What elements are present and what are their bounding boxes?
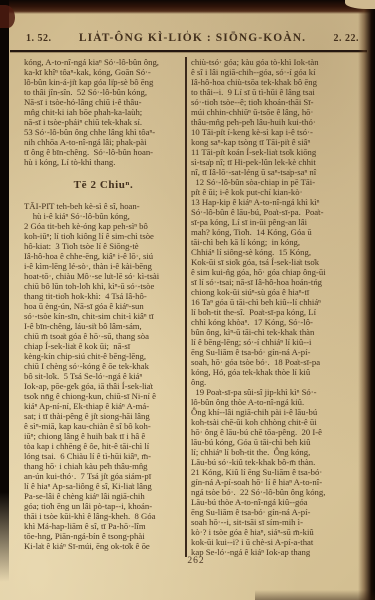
text-line: 13 Hap-kip ê kiáⁿ A-to-nî-ngá khì kìⁿ — [191, 197, 368, 207]
text-line: mah? kóng, Tio̍h. 14 Kóng, Góa ū — [191, 227, 368, 237]
text-line: gín-ná A-pí-soah hō· lí ê hiaⁿ A-to-nî- — [191, 477, 368, 487]
text-line: lí bo̍h-tit the-sî. Poa̍t-sī-pa kóng, Lí — [191, 307, 368, 317]
text-line: lô-bûn kin-á-ji̍t kap góa li̍p-sè bô ēng — [24, 77, 183, 87]
text-line: soah, hō· góa tsòe bó·. 18 Poa̍t-sī-pa — [191, 357, 368, 367]
header-verse-ref-left: 1. 52. — [26, 33, 52, 44]
text-line: iūⁿ; chiong lâng ê huih bak tī i hâ ê — [24, 431, 183, 441]
header-rule — [10, 50, 367, 52]
text-line: lí; chhiáⁿ lí bo̍h-tit the. Ông kóng, — [191, 447, 368, 457]
text-line: to thâi--i. 9 Lí sī ū tì-hūi ê lâng tsai — [191, 87, 368, 97]
paragraph-chapter1-end: kóng, A-to-nî-ngá kiaⁿ Só·-lô-bûn ông,ka… — [24, 57, 183, 167]
text-line: Iâ-hô-hoa ê chhe-ēng, kiâⁿ i-ê lō·, siú — [24, 251, 183, 261]
text-line: sī lí só·-tsai; nā-sī Iâ-hô-hoa hoán-tńg — [191, 277, 368, 287]
text-line: ēng Su-liām ê tsa-bó· gín-ná A-pí- — [191, 347, 368, 357]
text-line: hoa ū èng-ún, Nā-sī góa ê kiáⁿ-sun — [24, 301, 183, 311]
text-line: tī ông ê bīn-chêng. Só·-lô-bûn hoan- — [24, 147, 183, 157]
text-line: 19 Poa̍t-sī-pa sûi-sî jip-khì kìⁿ Só·- — [191, 387, 368, 397]
text-line: hù i-ê kiáⁿ Só·-lô-bûn kóng, — [24, 211, 183, 221]
text-line: Chhiáⁿ lí siông-sè kóng. 15 Kóng, — [191, 247, 368, 257]
text-line: 53 Só·-lô-bûn ông chhe lâng khì tôaⁿ- — [24, 127, 183, 137]
text-line: lāu-bú kóng, Góa ū tāi-chì beh kiû — [191, 437, 368, 447]
text-line: mn̂g chit-ki iah bōe phah-ka-laùh; — [24, 107, 183, 117]
text-line: koh-tsài chē-ūi koh chhòng chit-ê ūi — [191, 417, 368, 427]
text-line: lô-bûn ông thòe A-to-nî-ngá kiû. — [191, 397, 368, 407]
text-line: thâu-mn̂g pe̍h-pe̍h lâu-huih kui-thó· — [191, 117, 368, 127]
text-line: nih chhōa A-to-nî-ngá lâi; phak-pài — [24, 137, 183, 147]
text-line: chiū bô lūn toh-lo̍h khì, kìⁿ-ū só·-tsòe — [24, 281, 183, 291]
text-line: nā-sī i tsòe-pháiⁿ chiū tek-khak sí. — [24, 117, 183, 127]
column-divider — [185, 57, 187, 557]
text-line: sat; i tī thài-pêng ê ji̍t siong-hāi lân… — [24, 411, 183, 421]
text-line: chiong kok-ūi siúⁿ-sù góa ê hiaⁿ-tī — [191, 287, 368, 297]
text-line: tso̍k nn̄g ê chiong-kun, chiū-sī Ni-ní ê — [24, 391, 183, 401]
page-header: 1. 52. LIA̍T-ÔNG KÌ-LIO̍K : SIŌNG-KOÀN. … — [26, 32, 359, 44]
text-line: chiap Í-sek-lia̍t ê kok ūi; nā-sī — [24, 341, 183, 351]
scan-edge-right — [358, 0, 375, 600]
paragraph-chapter2: TĀI-PI̍T teh-beh kè-sì ê sî, hoan- hù i-… — [24, 201, 183, 551]
text-line: tāi-chì beh kā lí kóng; in kóng, — [191, 237, 368, 247]
text-line: Lāu-bú só·-kiû tek-khak bô-m̄ thàn. — [191, 457, 368, 467]
text-line: tōe-hng, Piān-ngá-bín ê tsong-phài — [24, 531, 183, 541]
text-line: 2 Góa tit-beh kè-óng kap peh-sìⁿ bô — [24, 221, 183, 231]
text-line: Só·-lô-bûn ê lāu-bú, Poa̍t-sī-pa. Poa̍t- — [191, 207, 368, 217]
paragraph-right: chiù-tsó· góa; kàu góa tò-khì Iok-tànê s… — [191, 57, 368, 557]
text-line: kong saⁿ-kap tsòng tī Tāi-pi̍t ê siâⁿ — [191, 137, 368, 147]
text-line: hō· ông ê lāu-bú chē tōa-pêng. 20 I-ê — [191, 427, 368, 437]
page-number: 262 — [24, 556, 368, 566]
text-line: chiū m̄ tsoa̍t góa ê hō·-sū, thang sòa — [24, 331, 183, 341]
text-line: chhì kóng khòaⁿ. 17 Kóng, Só·-lô- — [191, 317, 368, 327]
text-line: sì-tsa̍p nî; tī Hi-pek-lûn lek-kè chhit — [191, 157, 368, 167]
text-line: lí ê hiaⁿ Ap-sa-liông ê sî, Ki-lia̍t lân… — [24, 481, 183, 491]
text-line: ê sìⁿ-miā, kap kau-chiàn ê sî bô koh- — [24, 421, 183, 431]
text-line: hô-kiat: 3 Tio̍h tsòe lí ê Siōng-tè — [24, 241, 183, 251]
text-line: lóng tsai. 6 Chiàu lí ê tì-hūi kiâⁿ, m̄- — [24, 451, 183, 461]
scan-edge-left — [0, 0, 9, 600]
text-line: an-ún kui-thó·. 7 Tsá ji̍t góa siám-pī — [24, 471, 183, 481]
text-line: thang tit-tio̍h hok-khì: 4 Tsá Iâ-hô- — [24, 291, 183, 301]
text-line: khì Má-hap-liām ê sî, tī Pa-hō·-lîm — [24, 521, 183, 531]
text-line: hoat-tō·, chiàu Mô·-se lu̍t-lē só· kì-ts… — [24, 271, 183, 281]
text-line: só·-tio̍h tsòe--ê; tio̍h khoán-thāi Sī- — [191, 97, 368, 107]
scan-edge-top — [0, 0, 375, 14]
text-line: Iâ-hô-hoa chiù-tsōa tek-khak bô ēng — [191, 77, 368, 87]
text-line: Lāu-bú thòe A-to-nî-ngá kiû--góa — [191, 497, 368, 507]
text-line: Nā-sī i tsòe-hó-lâng chiū i-ê thâu- — [24, 97, 183, 107]
text-line: ông. — [191, 377, 368, 387]
text-line: chiū I chèng só·-kóng ê ōe tek-khak — [24, 361, 183, 371]
text-line: hù i kóng, Lí tò-khì thang. — [24, 157, 183, 167]
text-line: 12 Só·-lô-bûn sòa-chiap in pē Tāi- — [191, 177, 368, 187]
text-line: thang hō· i chiah kàu pe̍h thâu-mn̂g — [24, 461, 183, 471]
text-line: I-ê bīn-chêng, láu-si̍t bô lâm-sám, — [24, 321, 183, 331]
text-line: tòa kap i chhēng ê ôe, hit-ê tāi-chì lí — [24, 441, 183, 451]
text-line: ka-kī khîⁿ tôaⁿ-kak, kóng, Goān Só·- — [24, 67, 183, 77]
text-line: chiù-tsó· góa; kàu góa tò-khì Iok-tàn — [191, 57, 368, 67]
header-verse-ref-right: 2. 22. — [334, 33, 360, 44]
text-line: kiáⁿ Ap-ní-ní, Ek-thiap ê kiáⁿ A-má- — [24, 401, 183, 411]
left-column: kóng, A-to-nî-ngá kiaⁿ Só·-lô-bûn ông,ka… — [24, 57, 183, 557]
text-line: ê sim kui-n̂g góa, hō· góa chiap ông-ūi — [191, 267, 368, 277]
text-line: Ki-la̍t ê kiáⁿ Sī-múi, ēng ok-to̍k ê ōe — [24, 541, 183, 551]
text-line: kok-ūi kui--i? i ū chè-si A-pí-a-that — [191, 537, 368, 547]
text-line: ngá tsòe bó·. 22 Só·-lô-bûn ông kóng, — [191, 487, 368, 497]
text-line: TĀI-PI̍T teh-beh kè-sì ê sî, hoan- — [24, 201, 183, 211]
text-line: lí ê bēng-lēng; só·-í chhiáⁿ lí kiû--i — [191, 337, 368, 347]
text-line: pi̍t ê ūi; i-ê kok put-chí kian-kò· — [191, 187, 368, 197]
text-line: kò·? i tsòe góa ê hiaⁿ, siáⁿ-sū m̄-kiû — [191, 527, 368, 537]
running-title: LIA̍T-ÔNG KÌ-LIO̍K : SIŌNG-KOÀN. — [79, 32, 306, 44]
text-line: múi chhin-chhiūⁿ ū-tsōe ê lâng, hō· — [191, 107, 368, 117]
text-line: 10 Tāi-pi̍t í-keng kè-sì kap i-ê tsó·- — [191, 127, 368, 137]
text-line: kóng, A-to-nî-ngá kiaⁿ Só·-lô-bûn ông, — [24, 57, 183, 67]
chapter-heading: Tē 2 Chiuⁿ. — [24, 179, 183, 191]
text-line: sī-pa kóng, Lí sī in-ūi pêng-an lâi — [191, 217, 368, 227]
text-line: ēng Su-liām ê tsa-bó· gín-ná A-pí- — [191, 507, 368, 517]
text-line: kóng, Hó, góa tek-khak thòe lí kiû — [191, 367, 368, 377]
text-line: bô sit-lo̍k. 5 Tsá Se-ló·-ngá ê kiáⁿ — [24, 371, 183, 381]
text-line: Iok-ap, pōe-ge̍k góa, iā thâi Í-sek-lia̍… — [24, 381, 183, 391]
text-line: Ông khí--lâi ngiā-chih pài i-ê lāu-bú — [191, 407, 368, 417]
text-line: bûn ông, kìⁿ-ū tāi-chì tek-khak thàn — [191, 327, 368, 337]
text-line: 11 Tāi-pi̍t koán Í-sek-lia̍t tso̍k kiōng — [191, 147, 368, 157]
text-line: 16 Taⁿ góa ū tāi-chì beh kiû--lí chhiáⁿ — [191, 297, 368, 307]
text-line: góa; tio̍h ēng un lâi pò-tap--i, khoán- — [24, 501, 183, 511]
right-column: chiù-tsó· góa; kàu góa tò-khì Iok-tànê s… — [191, 57, 368, 557]
text-line: nî, tī Iâ-lō·-sat-léng ū saⁿ-tsa̍p-saⁿ n… — [191, 167, 368, 177]
book-page: 1. 52. LIA̍T-ÔNG KÌ-LIO̍K : SIŌNG-KOÀN. … — [0, 0, 375, 600]
scan-edge-bottom-right — [255, 590, 375, 600]
text-line: só·-tsòe kín-sīn, chit-sim chit-ì kiâⁿ t… — [24, 311, 183, 321]
text-line: koh-iūⁿ; lí tio̍h kiông lí ê sim-chì tsò… — [24, 231, 183, 241]
text-line: Pa-se-lâi ê chèng kiáⁿ lâi ngiā-chih — [24, 491, 183, 501]
text-line: thāi i tsòe kūi-khì ê lâng-kheh. 8 Góa — [24, 511, 183, 521]
text-line: ê sî i lâi ngiā-chih--góa, só·-í góa kí — [191, 67, 368, 77]
text-columns: kóng, A-to-nî-ngá kiaⁿ Só·-lô-bûn ông,ka… — [24, 57, 368, 557]
text-line: 21 Kóng, Kiû lí ēng Su-liām ê tsa-bó· — [191, 467, 368, 477]
text-line: kèng-kín chip-siú chit-ê bēng-lēng, — [24, 351, 183, 361]
text-line: to thâi jîn-sîn. 52 Só·-lô-bûn kóng, — [24, 87, 183, 97]
text-line: Kok-ūi sī sio̍k góa, tsá Í-sek-lia̍t tso… — [191, 257, 368, 267]
text-line: i-ê kìm-lēng lé-sò·, thàn i-ê kài-bēng — [24, 261, 183, 271]
text-line: soah hō·--i, sit-tsāi sī sím-mih ì- — [191, 517, 368, 527]
